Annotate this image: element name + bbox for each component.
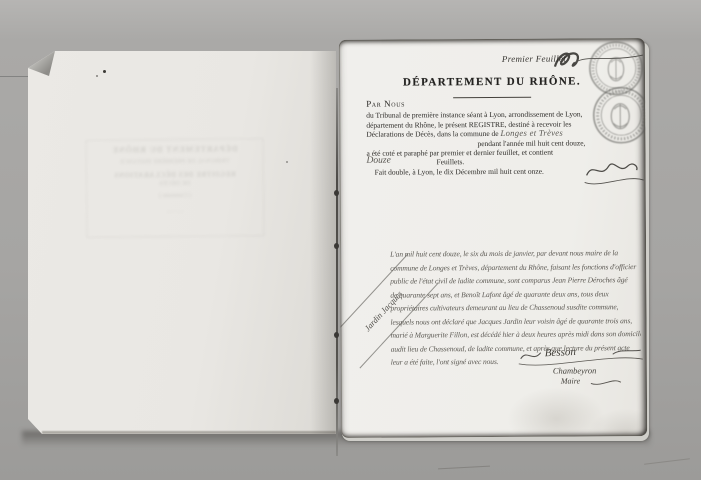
scanner-artifact-line — [0, 76, 29, 77]
mayor-title: Maire — [561, 376, 580, 385]
ink-speck — [96, 75, 98, 77]
ghost-line: — · — — [87, 208, 263, 216]
scratch-mark — [644, 458, 690, 465]
judge-signature-icon — [582, 155, 646, 191]
ink-stamp-lower-icon — [591, 85, 647, 145]
printed-line: pendant l'année mil huit cent douze, — [477, 138, 585, 148]
ghost-line: DE DÉCÈS — [87, 179, 263, 188]
printed-line-feuillets: Feuillets. — [437, 157, 465, 166]
dog-ear-fold-icon — [28, 51, 56, 76]
scratch-mark — [438, 466, 490, 470]
feuillets-count-handwritten: Douze — [366, 156, 390, 165]
ink-speck — [286, 161, 288, 163]
title-rule — [453, 97, 531, 98]
ghost-line: DÉPARTEMENT DU RHÔNE — [87, 144, 263, 155]
printed-line-par-nous: Par Nous — [366, 100, 405, 109]
mayor-paraph-icon — [589, 374, 623, 388]
document-title: DÉPARTEMENT DU RHÔNE. — [339, 75, 645, 89]
date-line: Fait double, à Lyon, le dix Décembre mil… — [375, 167, 544, 177]
scanned-register-photo: DÉPARTEMENT DU RHÔNE TRIBUNAL DE PREMIÈR… — [0, 0, 701, 480]
left-page: DÉPARTEMENT DU RHÔNE TRIBUNAL DE PREMIÈR… — [28, 51, 336, 434]
binding-stitch — [334, 190, 339, 196]
gutter-shading — [310, 51, 336, 434]
commune-handwritten: Longes et Trèves — [500, 128, 563, 138]
binding-stitch — [334, 332, 339, 338]
page-bottom-grime — [42, 431, 336, 434]
registrar-signature: Besson — [544, 346, 576, 359]
right-page: Premier Feuillet DÉPARTEMENT DU RHÔNE. P… — [339, 38, 647, 438]
binding-stitch — [334, 243, 339, 249]
ink-speck — [103, 70, 106, 73]
binding-stitch — [334, 398, 339, 404]
printed-line: Déclarations de Décès, dans la commune d… — [366, 129, 563, 139]
ghost-impression: DÉPARTEMENT DU RHÔNE TRIBUNAL DE PREMIÈR… — [85, 138, 264, 238]
ghost-line: ( Commune ) — [87, 192, 263, 200]
ghost-line: TRIBUNAL DE PREMIÈRE INSTANCE — [87, 157, 263, 166]
printed-line-declarations: Déclarations de Décès, dans la commune d… — [366, 129, 498, 139]
